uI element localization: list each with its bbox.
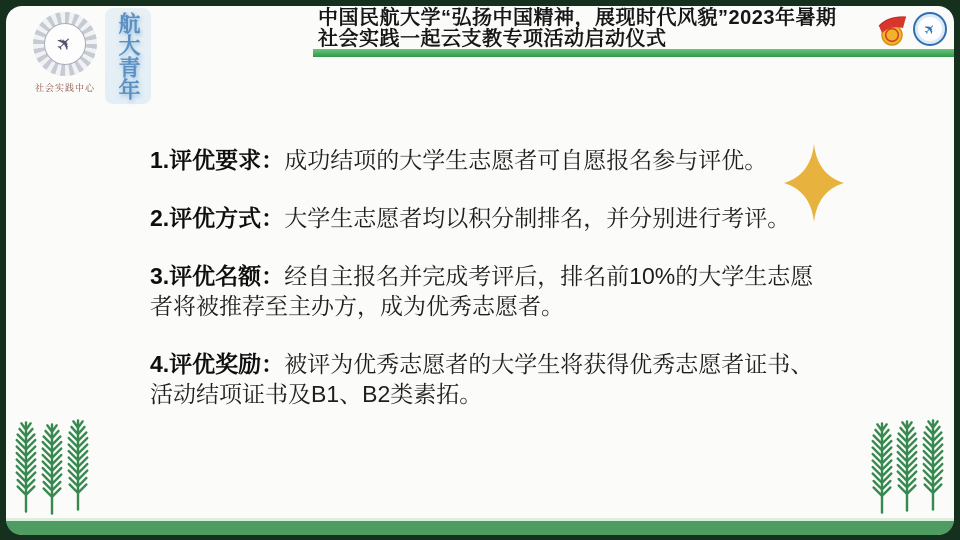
slide-card: ✈ 社会实践中心 航大青年 中国民航大学“弘扬中国精神，展现时代风貌”2023年…	[6, 6, 954, 535]
calligraphy-logo: 航大青年	[105, 8, 151, 104]
item-text: 大学生志愿者均以积分制排名，并分别进行考评。	[284, 205, 790, 231]
footer-green-bar	[6, 518, 954, 535]
list-item-3: 3.评优名额：经自主报名并完成考评后，排名前10%的大学生志愿者将被推荐至主办方…	[150, 261, 814, 321]
airplane-icon: ✈	[920, 19, 940, 39]
wheat-stalk-icon	[13, 417, 39, 517]
slide-title: 中国民航大学“弘扬中国精神，展现时代风貌”2023年暑期 社会实践一起云支教专项…	[318, 8, 837, 50]
practice-center-logo: ✈ 社会实践中心	[28, 12, 102, 94]
item-label: 2.评优方式：	[150, 205, 284, 231]
emblem-inner-ring: ✈	[44, 23, 86, 65]
wheat-stalk-icon	[920, 415, 946, 515]
list-item-2: 2.评优方式：大学生志愿者均以积分制排名，并分别进行考评。	[150, 203, 814, 233]
title-line-2: 社会实践一起云支教专项活动启动仪式	[318, 29, 837, 50]
item-label: 3.评优名额：	[150, 263, 284, 289]
list-item-1: 1.评优要求：成功结项的大学生志愿者可自愿报名参与评优。	[150, 145, 814, 175]
wheat-stalk-icon	[39, 419, 65, 519]
slide-frame: ✈ 社会实践中心 航大青年 中国民航大学“弘扬中国精神，展现时代风貌”2023年…	[0, 0, 960, 540]
title-line-1: 中国民航大学“弘扬中国精神，展现时代风貌”2023年暑期	[318, 8, 837, 29]
communist-youth-league-emblem-icon	[876, 13, 908, 47]
social-practice-center-emblem-icon: ✈	[33, 12, 97, 76]
item-text: 成功结项的大学生志愿者可自愿报名参与评优。	[284, 147, 767, 173]
evaluation-list: 1.评优要求：成功结项的大学生志愿者可自愿报名参与评优。 2.评优方式：大学生志…	[150, 145, 814, 437]
item-label: 1.评优要求：	[150, 147, 284, 173]
list-item-4: 4.评优奖励：被评为优秀志愿者的大学生将获得优秀志愿者证书、活动结项证书及B1、…	[150, 349, 814, 409]
wheat-stalk-icon	[869, 418, 895, 518]
wheat-stalk-icon	[65, 415, 91, 515]
wheat-stalk-icon	[894, 416, 920, 516]
university-round-logo-icon: ✈	[913, 12, 947, 46]
item-label: 4.评优奖励：	[150, 351, 284, 377]
title-underline-bar	[313, 49, 954, 57]
sparkle-star-icon	[784, 144, 844, 222]
airplane-icon: ✈	[51, 30, 79, 58]
practice-center-caption: 社会实践中心	[28, 81, 102, 94]
